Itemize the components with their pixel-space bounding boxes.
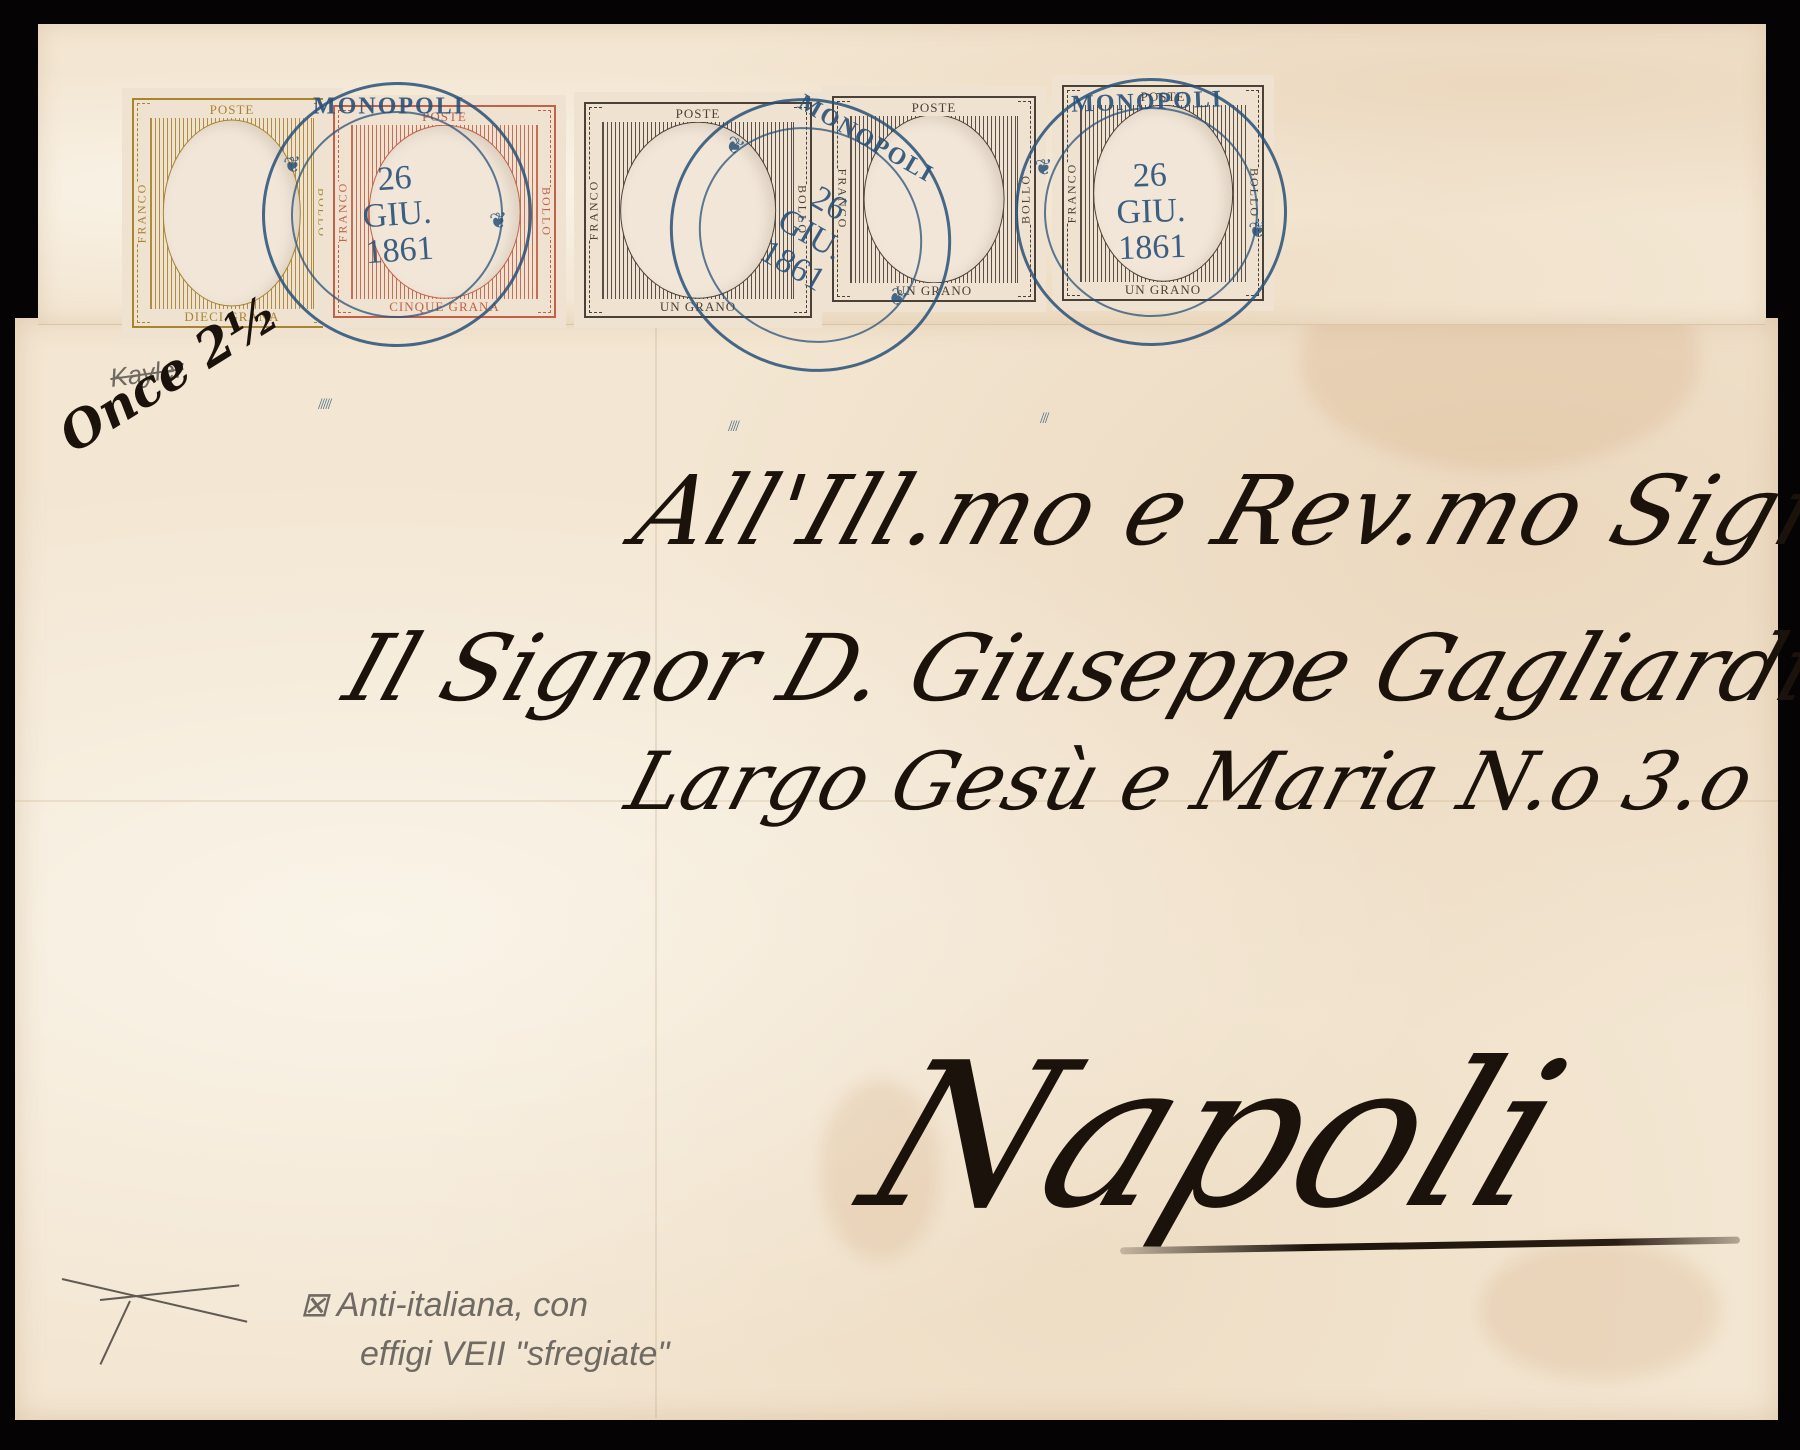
postmark-town: MONOPOLI	[257, 93, 521, 120]
pencil-note-text: Anti-italiana, con	[337, 1286, 588, 1324]
pencil-note-line2: effigi VEII "sfregiate"	[360, 1335, 670, 1374]
pencil-note-line1: ⊠ Anti-italiana, con	[300, 1285, 588, 1325]
address-line-recipient: Il Signor D. Giuseppe Gagliardi	[333, 615, 1800, 722]
envelope-sketch-icon: ⊠	[300, 1286, 329, 1324]
leaf-ornament-icon: ❦	[488, 207, 508, 234]
hatch-mark: ///	[1040, 410, 1047, 428]
leaf-ornament-icon: ❦	[1248, 217, 1267, 244]
stamp-label-top: POSTE	[850, 100, 1018, 116]
hatch-mark: ////	[728, 418, 738, 436]
leaf-ornament-icon: ❦	[282, 152, 302, 179]
hatch-mark: /////	[318, 396, 330, 414]
stamp-label-left: FRANCO	[587, 180, 602, 241]
stamp-label-right: BOLLO	[539, 187, 554, 237]
address-city: Napoli	[838, 1020, 1593, 1253]
postmark-date: 26 GIU. 1861	[1016, 153, 1286, 270]
address-line-salutation: All'Ill.mo e Rev.mo Signore	[622, 455, 1800, 567]
address-line-street: Largo Gesù e Maria N.o 3.o	[617, 735, 1765, 828]
leaf-ornament-icon: ❦	[1034, 154, 1053, 181]
stamp-label-left: FRANCO	[135, 183, 150, 244]
age-stain	[1480, 1240, 1720, 1380]
